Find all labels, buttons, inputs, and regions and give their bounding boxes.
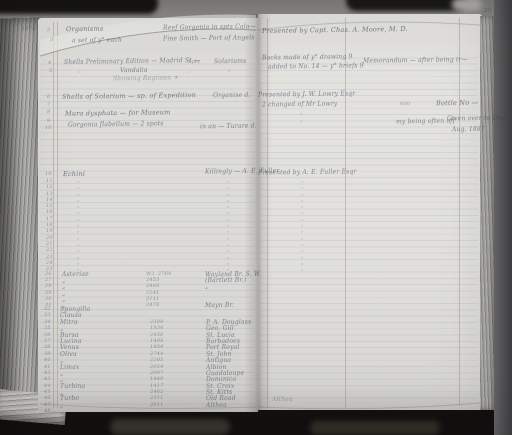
entry-name: Organisms — [66, 25, 103, 34]
entry-note: Showing Regimen ✶ — [113, 75, 179, 83]
specimen-number: 2466 — [146, 283, 160, 289]
remark-note: 2 changed of Mr Lowry — [262, 100, 337, 108]
entry-note: Fine Smith — Port of Angels — [163, 34, 255, 42]
ditto-mark: „ — [301, 254, 304, 260]
ditto-mark: „ — [301, 228, 304, 234]
ditto-mark: „ — [301, 235, 304, 241]
specimen-number: 2450 — [150, 331, 164, 337]
memorandum-note: Memorandum — after being tr— — [363, 56, 468, 64]
margin-no: 46 — [44, 395, 51, 401]
margin-no: 36 — [44, 332, 51, 338]
background-shadow-left — [0, 0, 158, 14]
margin-year: 1878 — [22, 26, 36, 32]
ditto-mark: „ — [227, 254, 230, 260]
margin-no: 16 — [46, 209, 53, 215]
margin-no: 19 — [46, 228, 53, 234]
specimen-number: 2011 — [150, 402, 164, 408]
ditto-mark: „ — [227, 191, 230, 197]
ditto-mark: „ — [77, 254, 80, 260]
ditto-mark: „ — [227, 235, 230, 241]
margin-no: 12 — [46, 184, 53, 190]
specimen-number: 2311 — [150, 395, 164, 401]
margin-no: 9 — [47, 118, 50, 124]
specimen-number: 1934 — [150, 325, 164, 331]
entry-name: Vandalia — [120, 67, 148, 74]
transfer-date: Aug. 1887 — [452, 126, 485, 133]
table-reflection — [110, 419, 230, 435]
entry-mark: Spts — [188, 59, 200, 65]
entry-name: Mura dysphata — for Museum — [65, 108, 171, 117]
book-gutter — [244, 14, 272, 412]
ditto-mark: „ — [301, 184, 304, 190]
ditto-mark: „ — [227, 216, 230, 222]
ditto-mark: „ — [227, 247, 230, 253]
specimen-number: 1884 — [150, 344, 164, 350]
entry-name: Echini — [63, 170, 85, 178]
entry-name: „ — [60, 408, 63, 415]
ditto-mark: „ — [77, 260, 80, 266]
ditto-mark: „ — [227, 228, 230, 234]
margin-no: 7 — [47, 102, 50, 108]
entry-note: Reef Gorgonia in spts Cala— — [163, 23, 256, 31]
transfer-note: Given over to Dept — [447, 115, 508, 123]
ditto-mark: „ — [301, 260, 304, 266]
margin-no: 35 — [44, 325, 51, 331]
specimen-number: 2744 — [150, 351, 164, 357]
margin-no: 5 — [49, 68, 52, 74]
specimen-number: 2111 — [146, 296, 160, 302]
specimen-number: 1417 — [150, 383, 164, 389]
margin-no: 38 — [44, 344, 51, 350]
page-number: 29 — [484, 8, 491, 14]
margin-no: 10 — [45, 125, 52, 131]
margin-no: 39 — [44, 351, 51, 357]
ditto-mark: „ — [78, 68, 81, 74]
remark-note: Backs made of y° drawing 9 — [262, 53, 353, 61]
margin-no: 23 — [46, 254, 53, 260]
specimen-number: 2205 — [150, 357, 164, 363]
ditto-mark: „ — [77, 191, 80, 197]
margin-no: 30 — [45, 296, 52, 302]
table-reflection — [310, 421, 440, 435]
background-highlight — [452, 0, 482, 11]
bottle-number: 600 — [400, 101, 410, 107]
margin-no: 48 — [44, 408, 51, 414]
ditto-mark: „ — [77, 184, 80, 190]
ditto-mark: „ — [77, 209, 80, 215]
background-shadow-right — [346, 0, 466, 11]
margin-no: 43 — [44, 376, 51, 382]
ditto-mark: „ — [77, 216, 80, 222]
margin-no: 4 — [48, 60, 51, 66]
ditto-mark: „ — [301, 216, 304, 222]
ditto-mark: „ — [227, 184, 230, 190]
ditto-mark: „ — [77, 235, 80, 241]
margin-no: 22 — [46, 247, 53, 253]
margin-no: 10 — [45, 171, 52, 177]
ledger-photo: 1878 2 Organisms Reef Gorgonia in spts C… — [0, 0, 512, 435]
specimen-number: 2141 — [146, 289, 160, 295]
margin-no: 17 — [46, 216, 53, 222]
margin-no: 6 — [47, 94, 50, 100]
specimen-number: 1448 — [150, 376, 164, 382]
ditto-mark: „ — [301, 247, 304, 253]
entry-name: Gorgonia flabellum — 2 spots — [68, 120, 164, 128]
ditto-mark: „ — [227, 260, 230, 266]
bottom-scribble: Althea — [272, 396, 293, 403]
specimen-number: 2054 — [150, 363, 164, 369]
margin-no: 20 — [46, 235, 53, 241]
bottle-label: Bottle No — — [436, 99, 478, 108]
margin-no: 28 — [45, 283, 52, 289]
margin-no: 33 — [44, 312, 51, 318]
margin-no: 2 — [47, 27, 50, 33]
margin-no: 44 — [44, 383, 51, 389]
margin-no: 8 — [47, 109, 50, 115]
ditto-mark: „ — [188, 68, 191, 74]
ditto-mark: „ — [300, 110, 303, 116]
presented-by-note: Presented by J. W. Lowry Esqr — [258, 90, 355, 98]
remark-note: added to No. 14 — y° briefs 9 — [268, 62, 364, 70]
ditto-mark: „ — [301, 191, 304, 197]
ditto-mark: „ — [77, 247, 80, 253]
margin-no: 40 — [44, 357, 51, 363]
ditto-mark: „ — [300, 117, 303, 123]
ditto-mark: „ — [301, 209, 304, 215]
margin-no: 29 — [45, 290, 52, 296]
ditto-mark: „ — [77, 228, 80, 234]
margin-no: 3 — [50, 37, 53, 43]
ditto-mark: „ — [227, 209, 230, 215]
ditto-mark: „ — [228, 67, 231, 73]
presented-by-note: Presented by A. E. Fuller Esqr — [258, 168, 357, 176]
entry-collector: Solariums — [214, 58, 247, 65]
entry-name: a set of y° each — [72, 37, 122, 45]
margin-no: 34 — [44, 319, 51, 325]
margin-no: 41 — [44, 363, 51, 369]
margin-no: 13 — [46, 191, 53, 197]
